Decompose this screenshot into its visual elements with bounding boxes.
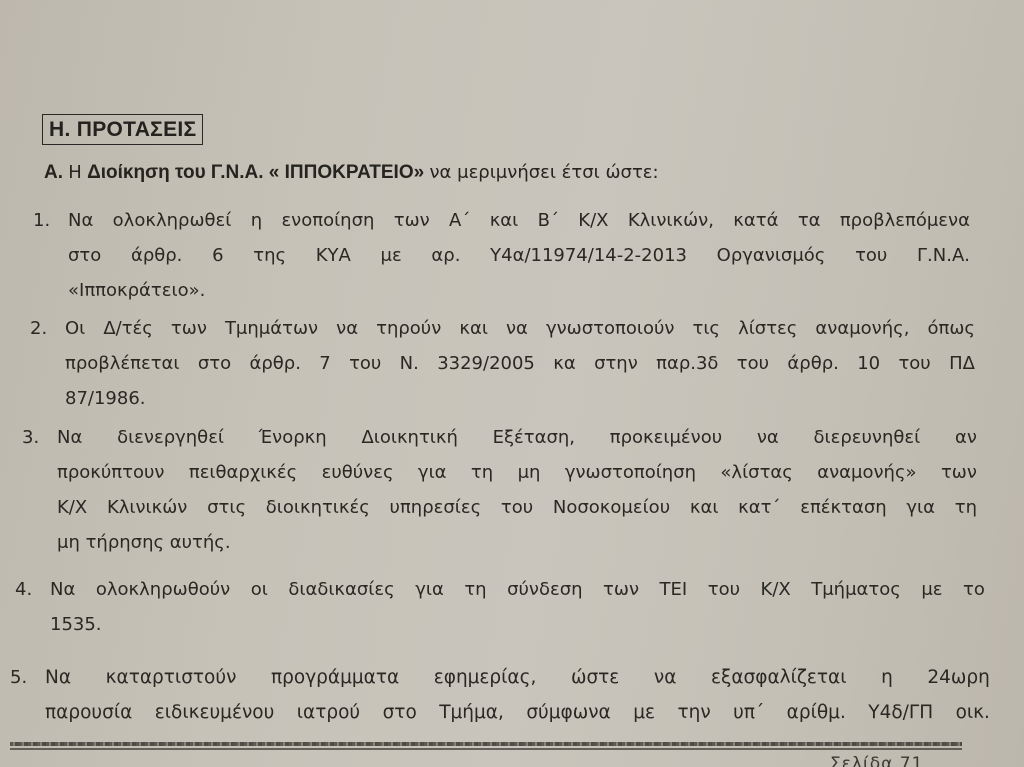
item-text: Νακαταρτιστούνπρογράμματαεφημερίας,ώστεν…	[45, 660, 990, 730]
footer-rule-thin	[10, 748, 962, 750]
word: Διοικητική	[361, 420, 457, 455]
word: της	[253, 238, 286, 273]
word: Ν.	[400, 346, 419, 381]
word: σύμφωνα	[526, 695, 610, 730]
word: η	[251, 203, 262, 238]
word: οικ.	[956, 695, 990, 730]
word: τις	[693, 311, 721, 346]
item-number: 1.	[33, 203, 50, 238]
word: ΚΥΑ	[316, 238, 351, 273]
word: προκειμένου	[610, 420, 722, 455]
word: του	[501, 490, 533, 525]
word: τα	[798, 203, 821, 238]
word: 24ωρη	[927, 660, 990, 695]
word: και	[490, 203, 519, 238]
word: 10	[857, 346, 880, 381]
word: ώστε	[571, 660, 619, 695]
word: στο	[383, 695, 417, 730]
word: Β΄	[538, 203, 559, 238]
word: Να	[50, 572, 75, 607]
item-text: Ναολοκληρωθούνοιδιαδικασίεςγιατησύνδεσητ…	[50, 572, 985, 642]
item-line: «Ιπποκράτειο».	[68, 273, 970, 308]
word: αρίθμ.	[787, 695, 846, 730]
word: Οργανισμός	[717, 238, 826, 273]
word: γνωστοποιούν	[546, 311, 674, 346]
word: καταρτιστούν	[106, 660, 237, 695]
item-number: 2.	[30, 311, 47, 346]
word: άρθρ.	[249, 346, 300, 381]
item-line: ΟιΔ/τέςτωνΤμημάτωννατηρούνκαιναγνωστοποι…	[65, 311, 975, 346]
word: εφημερίας,	[434, 660, 537, 695]
item-text: ΟιΔ/τέςτωνΤμημάτωννατηρούνκαιναγνωστοποι…	[65, 311, 975, 416]
word: για	[418, 455, 447, 490]
word: διοικητικές	[266, 490, 370, 525]
word: Να	[68, 203, 93, 238]
word: προκύπτουν	[57, 455, 164, 490]
word: Κλινικών	[107, 490, 187, 525]
word: 6	[212, 238, 223, 273]
word: των	[394, 203, 430, 238]
word: Νοσοκομείου	[553, 490, 670, 525]
intro-rest: να μεριμνήσει έτσι ώστε:	[429, 162, 658, 183]
word: στο	[198, 346, 231, 381]
word: Τμήματος	[811, 572, 901, 607]
item-line: 1535.	[50, 607, 985, 642]
word: σύνδεση	[507, 572, 582, 607]
word: του	[855, 238, 887, 273]
word: τη	[955, 490, 977, 525]
intro-paragraph: Α. Η Διοίκηση του Γ.Ν.Α. « ΙΠΠΟΚΡΑΤΕΙΟ» …	[44, 160, 659, 186]
word: να	[757, 420, 779, 455]
word: λίστες	[738, 311, 797, 346]
item-line: Νακαταρτιστούνπρογράμματαεφημερίας,ώστεν…	[45, 660, 990, 695]
word: άρθρ.	[787, 346, 838, 381]
word: να	[336, 311, 358, 346]
word: στις	[207, 490, 246, 525]
word: για	[415, 572, 444, 607]
word: ολοκληρωθούν	[96, 572, 230, 607]
word: του	[898, 346, 930, 381]
item-line: στοάρθρ.6τηςΚΥΑμεαρ.Υ4α/11974/14-2-2013Ο…	[68, 238, 970, 273]
word: προβλέπεται	[65, 346, 180, 381]
document-page: Η. ΠΡΟΤΑΣΕΙΣ Α. Η Διοίκηση του Γ.Ν.Α. « …	[0, 0, 1024, 767]
word: Τμημάτων	[225, 311, 318, 346]
word: εξασφαλίζεται	[711, 660, 847, 695]
word: υπηρεσίες	[390, 490, 482, 525]
word: τηρούν	[376, 311, 441, 346]
footer-rule	[10, 742, 962, 746]
word: Οι	[65, 311, 85, 346]
word: Κ/Χ	[761, 572, 791, 607]
item-line: προκύπτουνπειθαρχικέςευθύνεςγιατημηγνωστ…	[57, 455, 977, 490]
word: και	[690, 490, 719, 525]
word: Κ/Χ	[578, 203, 608, 238]
word: διενεργηθεί	[117, 420, 224, 455]
word: του	[708, 572, 740, 607]
word: Κ/Χ	[57, 490, 87, 525]
item-line: ΝαολοκληρωθείηενοποίησητωνΑ΄καιΒ΄Κ/ΧΚλιν…	[68, 203, 970, 238]
section-title: Η. ΠΡΟΤΑΣΕΙΣ	[42, 114, 203, 145]
item-line: ΝαδιενεργηθείΈνορκηΔιοικητικήΕξέταση,προ…	[57, 420, 977, 455]
item-text: ΝαδιενεργηθείΈνορκηΔιοικητικήΕξέταση,προ…	[57, 420, 977, 560]
word: κα	[553, 346, 575, 381]
word: η	[881, 660, 893, 695]
word: ενοποίηση	[281, 203, 374, 238]
word: να	[506, 311, 528, 346]
word: Να	[45, 660, 71, 695]
word: τη	[471, 455, 493, 490]
word: Εξέταση,	[493, 420, 575, 455]
word: ολοκληρωθεί	[113, 203, 232, 238]
word: με	[921, 572, 942, 607]
word: διερευνηθεί	[814, 420, 921, 455]
word: των	[603, 572, 639, 607]
word: τη	[464, 572, 486, 607]
word: Γ.Ν.Α.	[917, 238, 970, 273]
word: ΠΔ	[949, 346, 975, 381]
word: στην	[594, 346, 638, 381]
word: με	[633, 695, 655, 730]
word: αναμονής»	[817, 455, 916, 490]
item-number: 3.	[22, 420, 39, 455]
word: 7	[319, 346, 330, 381]
word: Ένορκη	[259, 420, 327, 455]
word: αναμονής,	[815, 311, 909, 346]
word: Δ/τές	[103, 311, 153, 346]
word: οι	[251, 572, 268, 607]
word: ΤΕΙ	[660, 572, 688, 607]
word: του	[737, 346, 769, 381]
page-number: Σελίδα 71	[830, 754, 923, 767]
intro-article: Η	[68, 162, 82, 183]
word: ειδικευμένου	[155, 695, 275, 730]
item-line: προβλέπεταιστοάρθρ.7τουΝ.3329/2005καστην…	[65, 346, 975, 381]
word: γνωστοποίηση	[565, 455, 696, 490]
word: όπως	[927, 311, 975, 346]
word: ιατρού	[297, 695, 360, 730]
word: κατ΄	[738, 490, 780, 525]
word: πειθαρχικές	[189, 455, 297, 490]
item-line: παρουσίαειδικευμένουιατρούστοΤμήμα,σύμφω…	[45, 695, 990, 730]
word: Υ4δ/ΓΠ	[868, 695, 933, 730]
word: κατά	[733, 203, 778, 238]
word: παρ.3δ	[656, 346, 718, 381]
word: αρ.	[431, 238, 460, 273]
word: στο	[68, 238, 101, 273]
word: των	[171, 311, 207, 346]
item-line: μη τήρησης αυτής.	[57, 525, 977, 560]
item-text: ΝαολοκληρωθείηενοποίησητωνΑ΄καιΒ΄Κ/ΧΚλιν…	[68, 203, 970, 308]
item-line: Ναολοκληρωθούνοιδιαδικασίεςγιατησύνδεσητ…	[50, 572, 985, 607]
word: Τμήμα,	[439, 695, 504, 730]
item-number: 4.	[15, 572, 32, 607]
item-number: 5.	[10, 660, 27, 695]
item-line: 87/1986.	[65, 381, 975, 416]
word: 3329/2005	[437, 346, 535, 381]
word: διαδικασίες	[288, 572, 394, 607]
item-line: Κ/ΧΚλινικώνστιςδιοικητικέςυπηρεσίεςτουΝο…	[57, 490, 977, 525]
word: παρουσία	[45, 695, 132, 730]
word: για	[906, 490, 935, 525]
word: αν	[955, 420, 977, 455]
word: ευθύνες	[322, 455, 394, 490]
word: το	[963, 572, 985, 607]
word: Α΄	[449, 203, 470, 238]
word: Κλινικών,	[628, 203, 714, 238]
intro-subject: Διοίκηση του Γ.Ν.Α. « ΙΠΠΟΚΡΑΤΕΙΟ»	[87, 162, 424, 183]
word: του	[349, 346, 381, 381]
intro-prefix: Α.	[44, 162, 63, 183]
word: προβλεπόμενα	[840, 203, 970, 238]
word: προγράμματα	[271, 660, 399, 695]
word: να	[654, 660, 677, 695]
word: Να	[57, 420, 82, 455]
word: των	[941, 455, 977, 490]
word: και	[459, 311, 488, 346]
word: «λίστας	[720, 455, 792, 490]
word: μη	[518, 455, 541, 490]
word: επέκταση	[800, 490, 886, 525]
word: Υ4α/11974/14-2-2013	[490, 238, 687, 273]
word: άρθρ.	[131, 238, 182, 273]
word: υπ΄	[733, 695, 764, 730]
word: με	[381, 238, 402, 273]
word: την	[677, 695, 710, 730]
